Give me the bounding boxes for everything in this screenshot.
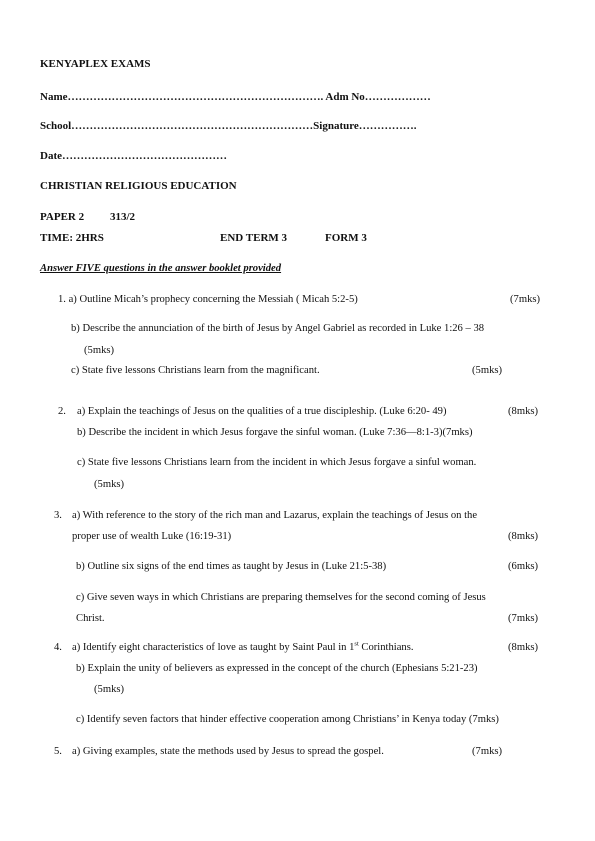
q2a-marks: (8mks) [508, 406, 538, 417]
q2c-marks: (5mks) [94, 479, 124, 490]
q1b-marks: (5mks) [84, 345, 114, 356]
q4a-text-pre: a) Identify eight characteristics of lov… [72, 642, 354, 653]
q3c-marks: (7mks) [508, 613, 538, 624]
q4a-marks: (8mks) [508, 642, 538, 653]
q3b-marks: (6mks) [508, 561, 538, 572]
q4c-text: c) Identify seven factors that hinder ef… [76, 714, 499, 725]
q4a-text: a) Identify eight characteristics of lov… [72, 642, 414, 653]
paper-number: PAPER 2 [40, 211, 84, 223]
instruction: Answer FIVE questions in the answer book… [40, 263, 281, 274]
subject-title: CHRISTIAN RELIGIOUS EDUCATION [40, 180, 237, 192]
q3c-text-line2: Christ. [76, 613, 105, 624]
q4b-text: b) Explain the unity of believers as exp… [76, 663, 478, 674]
q2b-text: b) Describe the incident in which Jesus … [77, 427, 473, 438]
exam-time: TIME: 2HRS [40, 232, 104, 244]
q2c-text: c) State five lessons Christians learn f… [77, 457, 476, 468]
q4b-marks: (5mks) [94, 684, 124, 695]
exam-term: END TERM 3 [220, 232, 287, 244]
school-signature-field: School…………………………………………………………Signature………… [40, 120, 417, 132]
q4a-text-post: Corinthians. [359, 642, 414, 653]
q3-number: 3. [54, 510, 62, 521]
q2-number: 2. [58, 406, 66, 417]
q1c-marks: (5mks) [472, 365, 502, 376]
exam-form: FORM 3 [325, 232, 367, 244]
q2a-text: a) Explain the teachings of Jesus on the… [77, 406, 447, 417]
q5a-text: a) Giving examples, state the methods us… [72, 746, 384, 757]
q3c-text-line1: c) Give seven ways in which Christians a… [76, 592, 486, 603]
name-adm-field: Name……………………………………………………………. Adm No……………… [40, 91, 431, 103]
q3a-text-line2: proper use of wealth Luke (16:19-31) [72, 531, 231, 542]
exam-provider: KENYAPLEX EXAMS [40, 58, 151, 70]
q5a-marks: (7mks) [472, 746, 502, 757]
q3a-marks: (8mks) [508, 531, 538, 542]
q3b-text: b) Outline six signs of the end times as… [76, 561, 386, 572]
q1a-marks: (7mks) [510, 294, 540, 305]
q4-number: 4. [54, 642, 62, 653]
q1a-text: 1. a) Outline Micah’s prophecy concernin… [58, 294, 358, 305]
paper-code: 313/2 [110, 211, 135, 223]
q1b-text: b) Describe the annunciation of the birt… [71, 323, 484, 334]
q1c-text: c) State five lessons Christians learn f… [71, 365, 320, 376]
q5-number: 5. [54, 746, 62, 757]
date-field: Date……………………………………… [40, 150, 227, 162]
q3a-text-line1: a) With reference to the story of the ri… [72, 510, 477, 521]
